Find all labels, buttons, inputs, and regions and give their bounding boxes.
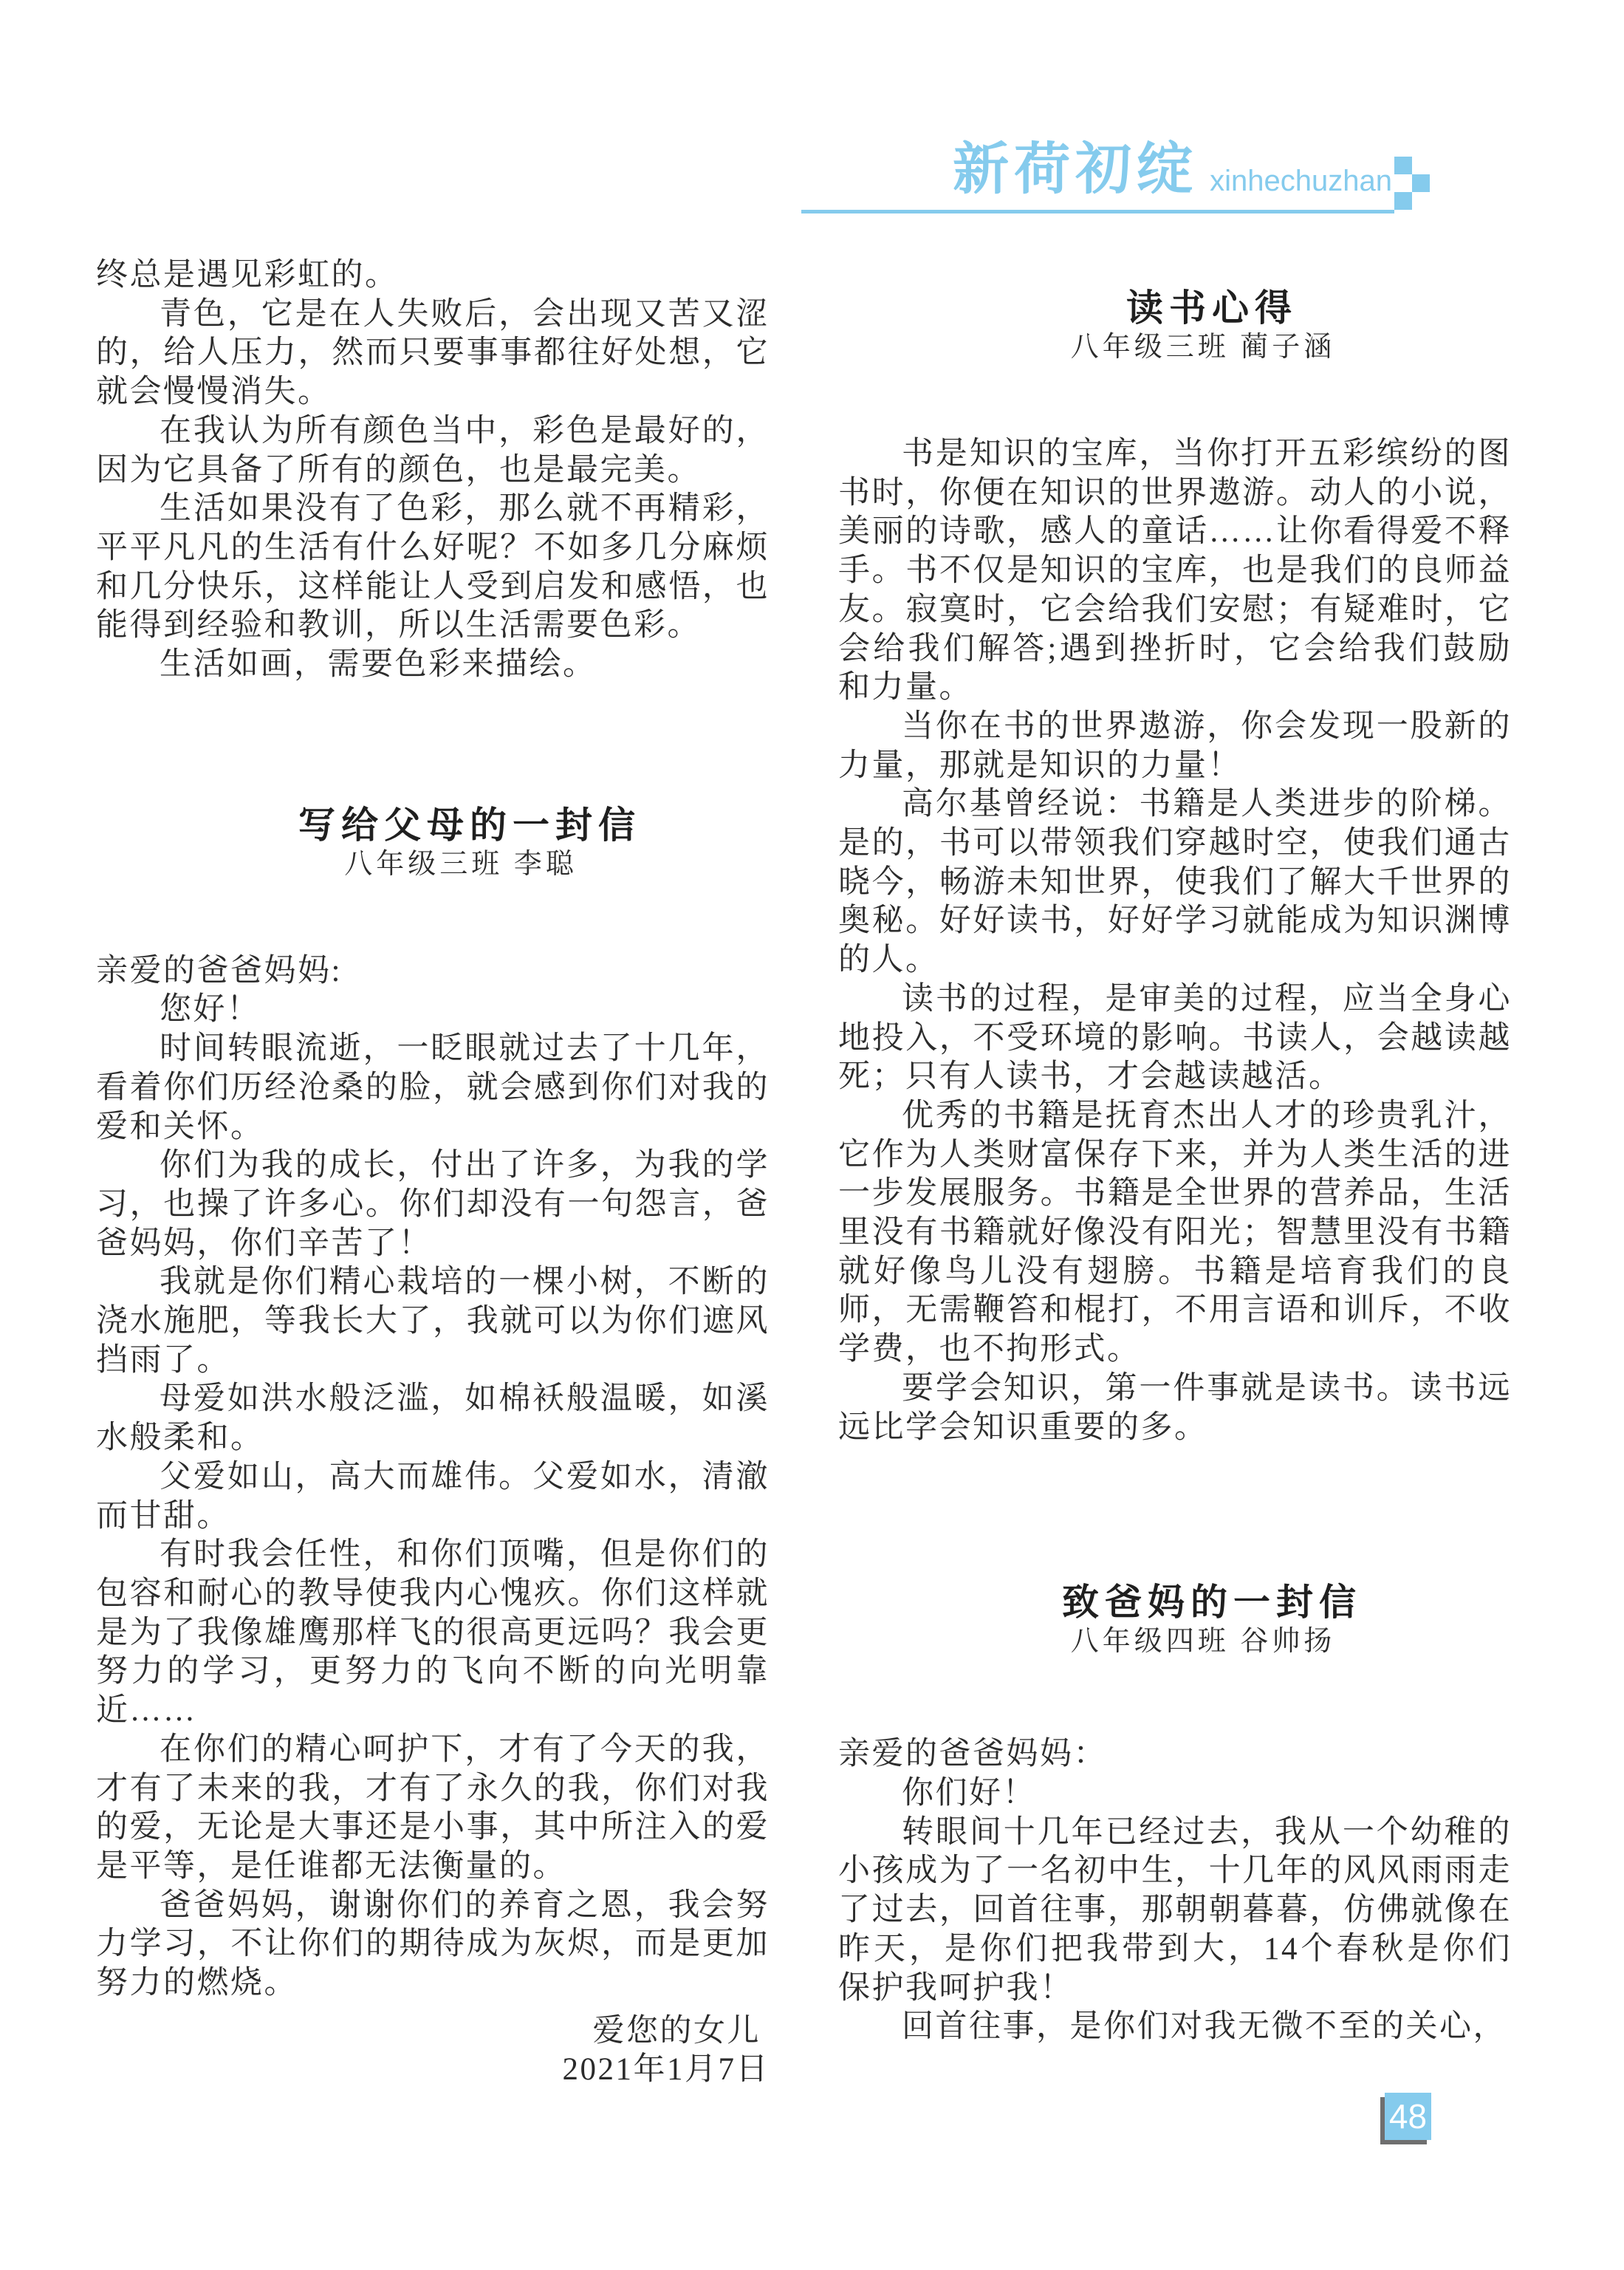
letter-paragraph: 转眼间十几年已经过去，我从一个幼稚的小孩成为了一名初中生，十几年的风风雨雨走了过… — [838, 1813, 1512, 2009]
intro-paragraph: 青色，它是在人失败后，会出现又苦又涩的，给人压力，然而只要事事都往好处想，它就会… — [96, 295, 770, 412]
letter-paragraph: 爸爸妈妈，谢谢你们的养育之恩，我会努力学习，不让你们的期待成为灰烬，而是更加努力… — [96, 1887, 770, 2003]
letter-paragraph: 有时我会任性，和你们顶嘴，但是你们的包容和耐心的教导使我内心愧疚。你们这样就是为… — [96, 1536, 770, 1731]
logo-square-icon — [1394, 157, 1412, 174]
intro-paragraph: 终总是遇见彩虹的。 — [96, 256, 770, 295]
intro-paragraph: 在我认为所有颜色当中，彩色是最好的，因为它具备了所有的颜色，也是最完美。 — [96, 412, 770, 490]
left-column: 终总是遇见彩虹的。 青色，它是在人失败后，会出现又苦又涩的，给人压力，然而只要事… — [96, 256, 770, 2090]
essay-paragraph: 读书的过程，是审美的过程，应当全身心地投入，不受环境的影响。书读人，会越读越死；… — [838, 980, 1512, 1097]
letter-paragraph: 回首往事，是你们对我无微不至的关心， — [838, 2008, 1512, 2047]
essay-byline: 八年级四班 谷帅扬 — [838, 1624, 1512, 1658]
intro-paragraph: 生活如画，需要色彩来描绘。 — [96, 646, 770, 685]
right-column: 读书心得 八年级三班 蔺子涵 书是知识的宝库，当你打开五彩缤纷的图书时，你便在知… — [838, 256, 1512, 2047]
essay-paragraph: 高尔基曾经说：书籍是人类进步的阶梯。是的，书可以带领我们穿越时空，使我们通古晓今… — [838, 785, 1512, 980]
letter-signoff: 爱您的女儿 — [96, 2012, 770, 2051]
brand-logo-chinese: 新荷初绽 — [953, 142, 1198, 198]
letter-paragraph: 在你们的精心呵护下，才有了今天的我，才有了未来的我，才有了永久的我，你们对我的爱… — [96, 1731, 770, 1887]
letter-date: 2021年1月7日 — [96, 2051, 770, 2090]
letter-paragraph: 我就是你们精心栽培的一棵小树，不断的浇水施肥，等我长大了，我就可以为你们遮风挡雨… — [96, 1263, 770, 1380]
essay-title: 写给父母的一封信 — [96, 803, 770, 847]
header-rule — [801, 210, 1394, 213]
brand-logo-pinyin: xinhechuzhan — [1210, 166, 1392, 198]
essay-paragraph: 书是知识的宝库，当你打开五彩缤纷的图书时，你便在知识的世界遨游。动人的小说，美丽… — [838, 435, 1512, 708]
essay-paragraph: 当你在书的世界遨游，你会发现一股新的力量，那就是知识的力量！ — [838, 708, 1512, 785]
essay-paragraph: 优秀的书籍是抚育杰出人才的珍贵乳汁，它作为人类财富保存下来，并为人类生活的进一步… — [838, 1097, 1512, 1370]
essay-title: 致爸妈的一封信 — [838, 1580, 1512, 1624]
essay-byline: 八年级三班 李聪 — [96, 847, 770, 881]
letter-paragraph: 父爱如山，高大而雄伟。父爱如水，清澈而甘甜。 — [96, 1458, 770, 1536]
letter-paragraph: 您好！ — [96, 991, 770, 1030]
letter-salutation: 亲爱的爸爸妈妈: — [96, 952, 770, 991]
letter-paragraph: 母爱如洪水般泛滥，如棉袄般温暖，如溪水般柔和。 — [96, 1380, 770, 1457]
logo-square-icon — [1394, 192, 1412, 210]
essay-paragraph: 要学会知识，第一件事就是读书。读书远远比学会知识重要的多。 — [838, 1370, 1512, 1447]
letter-paragraph: 你们好！ — [838, 1774, 1512, 1813]
letter-paragraph: 时间转眼流逝，一眨眼就过去了十几年，看着你们历经沧桑的脸，就会感到你们对我的爱和… — [96, 1030, 770, 1146]
letter-paragraph: 你们为我的成长，付出了许多，为我的学习，也操了许多心。你们却没有一句怨言，爸爸妈… — [96, 1146, 770, 1263]
magazine-page: 新荷初绽 xinhechuzhan 终总是遇见彩虹的。 青色，它是在人失败后，会… — [0, 0, 1624, 2270]
page-number-badge: 48 — [1385, 2093, 1431, 2140]
page-header: 新荷初绽 xinhechuzhan — [739, 142, 1392, 198]
intro-paragraph: 生活如果没有了色彩，那么就不再精彩，平平凡凡的生活有什么好呢？不如多几分麻烦和几… — [96, 490, 770, 646]
essay-byline: 八年级三班 蔺子涵 — [838, 330, 1512, 364]
letter-salutation: 亲爱的爸爸妈妈： — [838, 1735, 1512, 1774]
logo-square-icon — [1412, 174, 1430, 192]
essay-title: 读书心得 — [838, 286, 1512, 330]
